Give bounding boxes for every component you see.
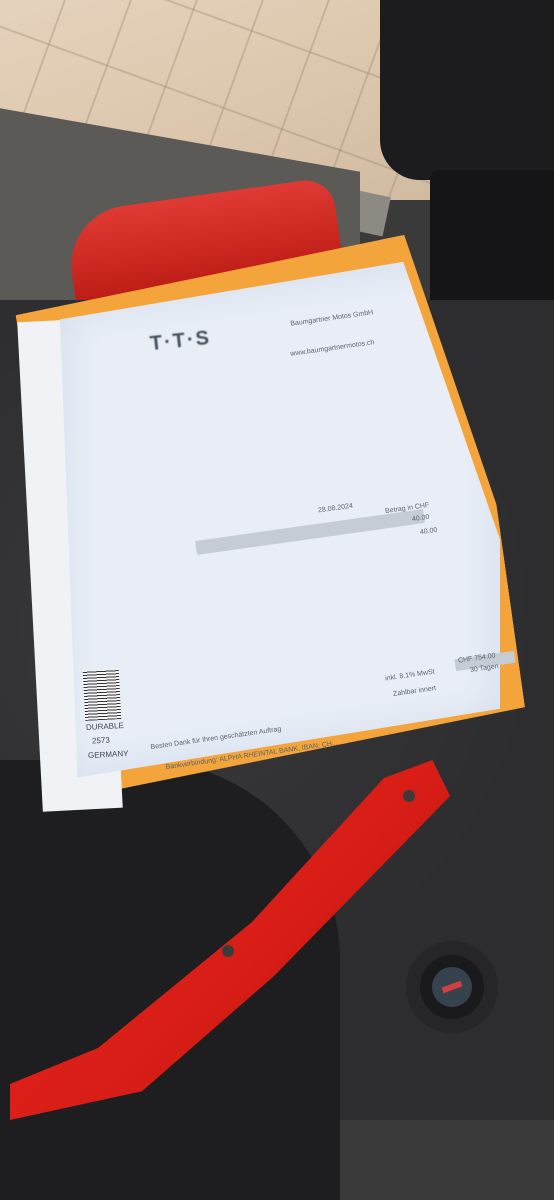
folder-number: 2573 [92,736,110,746]
bolt-icon [403,790,415,802]
photo-scene: T·T·S Baumgartner Motos GmbH www.baumgar… [0,0,554,1200]
shadow [0,760,340,1200]
bolt-icon [222,945,234,957]
luggage-rack [430,170,554,310]
motorcycle-top-case [380,0,554,180]
ignition-keyhole-icon [432,967,472,1007]
barcode [83,669,122,721]
